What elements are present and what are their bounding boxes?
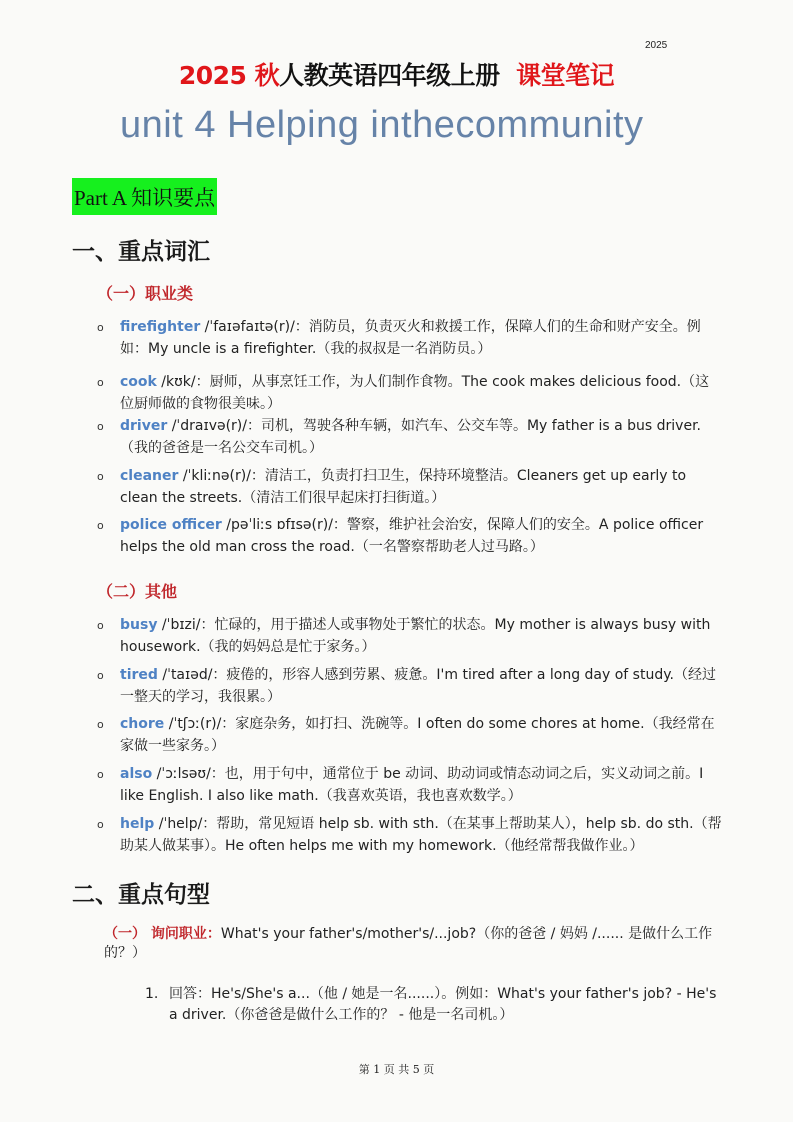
- vocab-definition: /ˈtʃɔː(r)/：家庭杂务，如打扫、洗碗等。I often do some …: [120, 716, 715, 754]
- subsection-other-heading: （二）其他: [97, 579, 177, 602]
- vocab-item: o firefighter /ˈfaɪəfaɪtə(r)/：消防员，负责灭火和救…: [97, 316, 722, 360]
- vocab-definition: /kʊk/：厨师，从事烹饪工作，为人们制作食物。The cook makes d…: [120, 374, 709, 412]
- vocab-item: o tired /ˈtaɪəd/：疲倦的，形容人感到劳累、疲惫。I'm tire…: [97, 664, 722, 708]
- vocab-word: cook: [120, 374, 157, 390]
- vocab-definition: /ˈbɪzi/：忙碌的，用于描述人或事物处于繁忙的状态。My mother is…: [120, 617, 710, 655]
- vocab-word: driver: [120, 418, 167, 434]
- vocab-word: busy: [120, 617, 157, 633]
- vocab-word: help: [120, 816, 154, 832]
- answer-text: 回答：He's/She's a...（他 / 她是一名......）。例如：Wh…: [169, 984, 725, 1026]
- vocab-item: o police officer /pəˈliːs ɒfɪsə(r)/：警察，维…: [97, 514, 722, 558]
- bullet-icon: o: [97, 764, 104, 786]
- unit-title: unit 4 Helping inthecommunity: [120, 104, 644, 147]
- bullet-icon: o: [97, 515, 104, 537]
- header-year: 2025: [645, 40, 667, 51]
- vocab-definition: /ˈtaɪəd/：疲倦的，形容人感到劳累、疲惫。I'm tired after …: [120, 667, 716, 705]
- bullet-icon: o: [97, 372, 104, 394]
- vocab-word: tired: [120, 667, 158, 683]
- title-book: 人教英语四年级上册: [279, 61, 500, 90]
- bullet-icon: o: [97, 317, 104, 339]
- vocab-item: o cook /kʊk/：厨师，从事烹饪工作，为人们制作食物。The cook …: [97, 371, 722, 415]
- vocab-item: o chore /ˈtʃɔː(r)/：家庭杂务，如打扫、洗碗等。I often …: [97, 713, 722, 757]
- page-number: 第 1 页 共 5 页: [0, 1061, 793, 1077]
- answer-item: 1. 回答：He's/She's a...（他 / 她是一名......）。例如…: [145, 984, 725, 1026]
- vocab-item: o also /ˈɔːlsəʊ/：也，用于句中，通常位于 be 动词、助动词或情…: [97, 763, 722, 807]
- vocab-definition: /ˈhelp/：帮助，常见短语 help sb. with sth.（在某事上帮…: [120, 816, 722, 854]
- bullet-icon: o: [97, 814, 104, 836]
- vocab-word: cleaner: [120, 468, 178, 484]
- vocab-item: o busy /ˈbɪzi/：忙碌的，用于描述人或事物处于繁忙的状态。My mo…: [97, 614, 722, 658]
- vocab-definition: /ˈfaɪəfaɪtə(r)/：消防员，负责灭火和救援工作，保障人们的生命和财产…: [120, 319, 701, 357]
- document-title: 2025 秋人教英语四年级上册 课堂笔记: [0, 56, 793, 92]
- bullet-icon: o: [97, 615, 104, 637]
- title-notes: 课堂笔记: [516, 61, 614, 90]
- section-vocabulary-heading: 一、重点词汇: [72, 233, 210, 266]
- section-sentences-heading: 二、重点句型: [72, 876, 210, 909]
- bullet-icon: o: [97, 466, 104, 488]
- bullet-icon: o: [97, 714, 104, 736]
- vocab-word: chore: [120, 716, 164, 732]
- vocab-word: firefighter: [120, 319, 200, 335]
- vocab-item: o driver /ˈdraɪvə(r)/：司机，驾驶各种车辆，如汽车、公交车等…: [97, 415, 722, 459]
- sentence-pattern-ask-job: （一） 询问职业：What's your father's/mother's/.…: [104, 925, 724, 963]
- vocab-item: o cleaner /ˈkliːnə(r)/：清洁工，负责打扫卫生，保持环境整洁…: [97, 465, 722, 509]
- subsection-occupations-heading: （一）职业类: [97, 281, 193, 304]
- vocab-definition: /ˈkliːnə(r)/：清洁工，负责打扫卫生，保持环境整洁。Cleaners …: [120, 468, 686, 506]
- vocab-item: o help /ˈhelp/：帮助，常见短语 help sb. with sth…: [97, 813, 722, 857]
- vocab-word: police officer: [120, 517, 222, 533]
- sentence-pattern-label: （一） 询问职业：: [104, 926, 221, 942]
- bullet-icon: o: [97, 416, 104, 438]
- part-a-badge: Part A 知识要点: [72, 178, 217, 215]
- answer-number: 1.: [145, 984, 158, 1005]
- bullet-icon: o: [97, 665, 104, 687]
- vocab-definition: /ˈdraɪvə(r)/：司机，驾驶各种车辆，如汽车、公交车等。My fathe…: [120, 418, 701, 456]
- title-year: 2025 秋: [179, 61, 279, 90]
- vocab-definition: /ˈɔːlsəʊ/：也，用于句中，通常位于 be 动词、助动词或情态动词之后，实…: [120, 766, 703, 804]
- vocab-word: also: [120, 766, 152, 782]
